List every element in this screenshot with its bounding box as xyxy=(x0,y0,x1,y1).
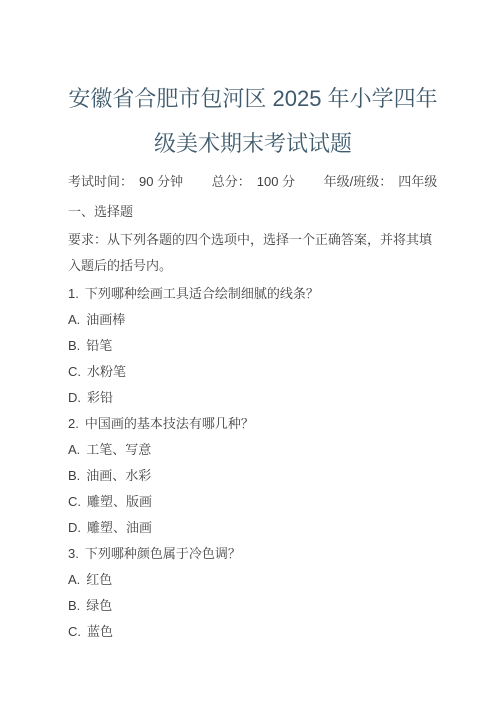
question-2-option-a: A.工笔、写意 xyxy=(68,437,438,463)
meta-total-score-label: 总分： xyxy=(212,174,251,189)
question-3-option-b-label: B. xyxy=(68,598,80,613)
meta-exam-time: 考试时间：90 分钟 xyxy=(68,174,183,189)
question-2-option-c-label: C. xyxy=(68,494,81,509)
question-2-option-d: D.雕塑、油画 xyxy=(68,515,438,541)
question-1-option-b: B.铅笔 xyxy=(68,333,438,359)
question-3-option-c: C.蓝色 xyxy=(68,619,438,645)
question-3-option-a-text: 红色 xyxy=(86,572,112,587)
exam-title-line1: 安徽省合肥市包河区 2025 年小学四年 xyxy=(54,76,452,121)
question-1-number: 1. xyxy=(68,286,79,301)
question-2-option-d-label: D. xyxy=(68,520,81,535)
question-1-option-a: A.油画棒 xyxy=(68,307,438,333)
question-2: 2.中国画的基本技法有哪几种？ A.工笔、写意 B.油画、水彩 C.雕塑、版画 … xyxy=(68,411,438,541)
question-1-option-c-label: C. xyxy=(68,364,81,379)
question-3: 3.下列哪种颜色属于冷色调？ A.红色 B.绿色 C.蓝色 xyxy=(68,541,438,645)
question-2-option-b: B.油画、水彩 xyxy=(68,463,438,489)
section-requirement: 要求：从下列各题的四个选项中，选择一个正确答案，并将其填入题后的括号内。 xyxy=(68,227,438,279)
question-2-text: 中国画的基本技法有哪几种？ xyxy=(85,416,254,431)
question-3-number: 3. xyxy=(68,546,79,561)
question-2-text-line: 2.中国画的基本技法有哪几种？ xyxy=(68,411,438,437)
question-2-option-c: C.雕塑、版画 xyxy=(68,489,438,515)
section-heading: 一、选择题 xyxy=(68,199,438,225)
exam-paper-page: 安徽省合肥市包河区 2025 年小学四年 级美术期末考试试题 考试时间：90 分… xyxy=(0,0,500,707)
question-3-option-c-text: 蓝色 xyxy=(87,624,113,639)
question-2-option-b-text: 油画、水彩 xyxy=(86,468,151,483)
question-1: 1.下列哪种绘画工具适合绘制细腻的线条？ A.油画棒 B.铅笔 C.水粉笔 D.… xyxy=(68,281,438,411)
question-2-number: 2. xyxy=(68,416,79,431)
meta-exam-time-value: 90 分钟 xyxy=(139,174,183,189)
meta-exam-time-label: 考试时间： xyxy=(68,174,133,189)
meta-total-score: 总分：100 分 xyxy=(212,174,295,189)
question-1-option-a-label: A. xyxy=(68,312,80,327)
question-2-option-d-text: 雕塑、油画 xyxy=(87,520,152,535)
question-3-option-b-text: 绿色 xyxy=(86,598,112,613)
question-3-option-a-label: A. xyxy=(68,572,80,587)
meta-grade-class-value: 四年级 xyxy=(398,174,437,189)
question-1-option-a-text: 油画棒 xyxy=(86,312,125,327)
exam-meta-row: 考试时间：90 分钟 总分：100 分 年级/班级：四年级 xyxy=(68,169,438,195)
exam-title-line2: 级美术期末考试试题 xyxy=(54,121,452,166)
question-2-option-c-text: 雕塑、版画 xyxy=(87,494,152,509)
question-1-option-d: D.彩铅 xyxy=(68,385,438,411)
meta-total-score-value: 100 分 xyxy=(257,174,295,189)
exam-title: 安徽省合肥市包河区 2025 年小学四年 级美术期末考试试题 xyxy=(54,76,452,166)
question-1-option-b-text: 铅笔 xyxy=(86,338,112,353)
meta-grade-class-label: 年级/班级： xyxy=(324,174,393,189)
question-2-option-b-label: B. xyxy=(68,468,80,483)
question-1-option-c-text: 水粉笔 xyxy=(87,364,126,379)
question-1-option-d-text: 彩铅 xyxy=(87,390,113,405)
question-1-option-b-label: B. xyxy=(68,338,80,353)
question-3-text-line: 3.下列哪种颜色属于冷色调？ xyxy=(68,541,438,567)
question-2-option-a-label: A. xyxy=(68,442,80,457)
question-1-option-d-label: D. xyxy=(68,390,81,405)
question-list: 1.下列哪种绘画工具适合绘制细腻的线条？ A.油画棒 B.铅笔 C.水粉笔 D.… xyxy=(68,281,438,645)
question-3-text: 下列哪种颜色属于冷色调？ xyxy=(85,546,241,561)
question-1-text-line: 1.下列哪种绘画工具适合绘制细腻的线条？ xyxy=(68,281,438,307)
question-3-option-a: A.红色 xyxy=(68,567,438,593)
question-1-text: 下列哪种绘画工具适合绘制细腻的线条？ xyxy=(85,286,319,301)
question-3-option-c-label: C. xyxy=(68,624,81,639)
question-3-option-b: B.绿色 xyxy=(68,593,438,619)
meta-grade-class: 年级/班级：四年级 xyxy=(324,174,438,189)
question-1-option-c: C.水粉笔 xyxy=(68,359,438,385)
question-2-option-a-text: 工笔、写意 xyxy=(86,442,151,457)
